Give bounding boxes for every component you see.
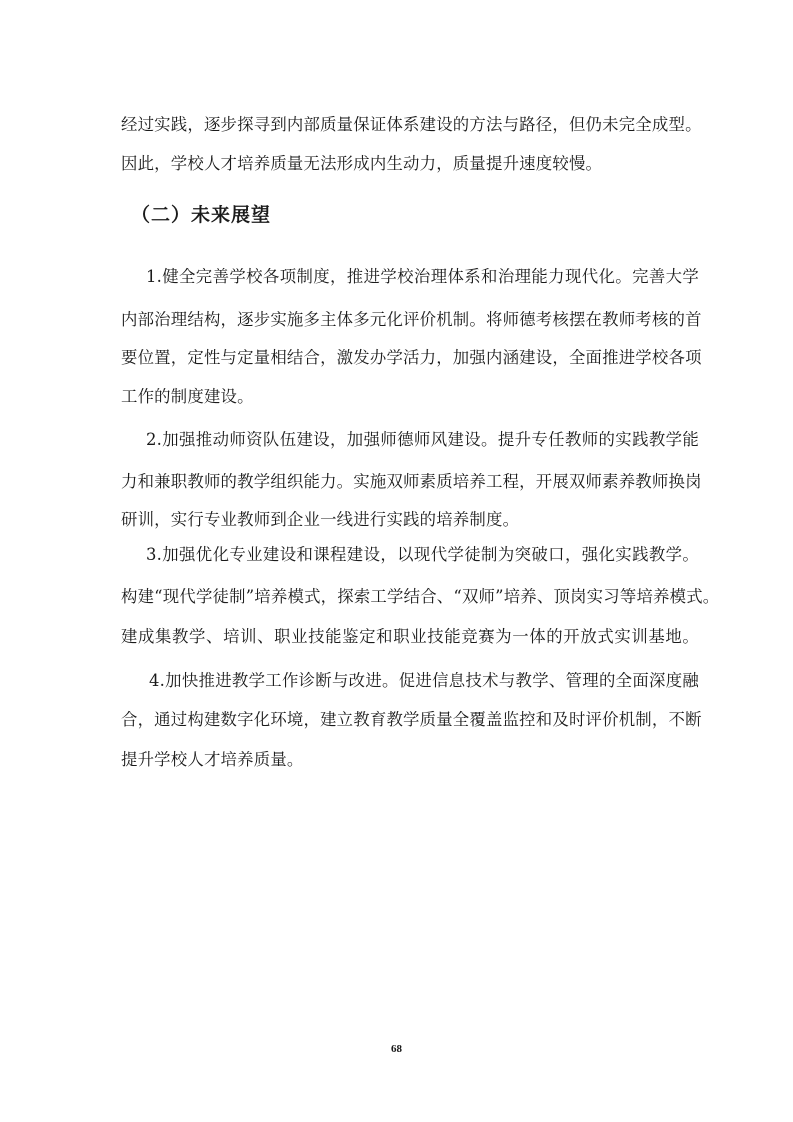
paragraph-line: 经过实践，逐步探寻到内部质量保证体系建设的方法与路径，但仍未完全成型。 — [121, 115, 699, 135]
item-1-line: 1.健全完善学校各项制度，推进学校治理体系和治理能力现代化。完善大学 — [146, 267, 699, 287]
item-4-line: 提升学校人才培养质量。 — [121, 750, 699, 770]
item-2-line: 力和兼职教师的教学组织能力。实施双师素质培养工程，开展双师素养教师换岗 — [121, 472, 699, 492]
item-1-line: 要位置，定性与定量相结合，激发办学活力，加强内涵建设，全面推进学校各项 — [121, 348, 699, 368]
item-3-line: 构建“现代学徒制”培养模式，探索工学结合、“双师”培养、顶岗实习等培养模式。 — [121, 587, 699, 607]
item-1-line: 内部治理结构，逐步实施多主体多元化评价机制。将师德考核摆在教师考核的首 — [121, 310, 699, 330]
section-heading: （二）未来展望 — [131, 203, 271, 227]
item-3-line: 建成集教学、培训、职业技能鉴定和职业技能竞赛为一体的开放式实训基地。 — [121, 627, 699, 647]
item-2-line: 研训，实行专业教师到企业一线进行实践的培养制度。 — [121, 510, 699, 530]
paragraph-line: 因此，学校人才培养质量无法形成内生动力，质量提升速度较慢。 — [121, 154, 699, 174]
item-2-line: 2.加强推动师资队伍建设，加强师德师风建设。提升专任教师的实践教学能 — [146, 430, 699, 450]
item-4-line: 4.加快推进教学工作诊断与改进。促进信息技术与教学、管理的全面深度融 — [149, 671, 699, 691]
item-3-line: 3.加强优化专业建设和课程建设，以现代学徒制为突破口，强化实践教学。 — [146, 545, 699, 565]
document-page: 经过实践，逐步探寻到内部质量保证体系建设的方法与路径，但仍未完全成型。 因此，学… — [0, 0, 793, 1122]
item-4-line: 合，通过构建数字化环境，建立教育教学质量全覆盖监控和及时评价机制，不断 — [121, 710, 699, 730]
page-number: 68 — [0, 1043, 793, 1055]
item-1-line: 工作的制度建设。 — [121, 387, 699, 407]
